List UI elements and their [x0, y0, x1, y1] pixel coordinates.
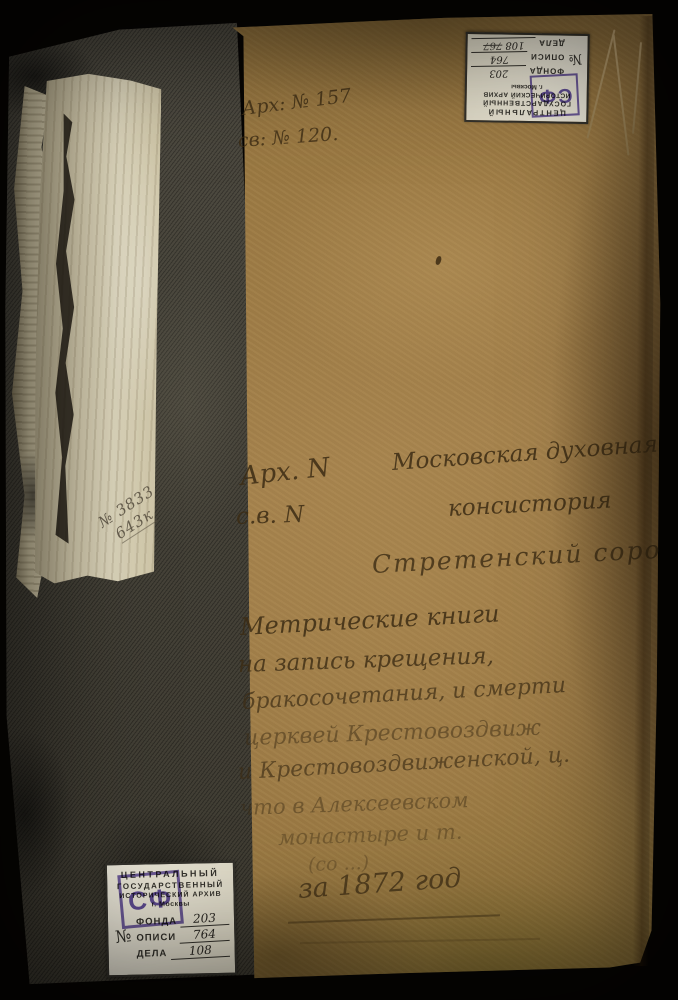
stamp-row-opis: ОПИСИ 764 [136, 928, 229, 944]
fond-value: 203 [180, 911, 230, 928]
archival-book-cover-photo: № 3833 643к СФ ЦЕНТРАЛЬНЫЙ ГОСУДАРСТВЕНН… [0, 0, 678, 1000]
delo-crossed-value: 767 [483, 40, 502, 51]
archive-stamp-top: СФ ЦЕНТРАЛЬНЫЙ ГОСУДАРСТВЕННЫЙ ИСТОРИЧЕС… [464, 32, 590, 124]
stamp-row-delo: ДЕЛА 108 [137, 944, 230, 960]
stamp-number-symbol: № [112, 926, 134, 948]
opis-value: 764 [179, 927, 230, 944]
opis-value: 764 [471, 51, 527, 64]
fond-value: 203 [471, 65, 526, 78]
archive-stamp-bottom: СФ ЦЕНТРАЛЬНЫЙ ГОСУДАРСТВЕННЫЙ ИСТОРИЧЕС… [105, 861, 237, 978]
sf-stamp-mark: СФ [530, 73, 580, 117]
stamp-number-symbol: № [567, 50, 584, 67]
stamp-row-delo: ДЕЛА 108767 [471, 37, 564, 51]
label-tear [51, 113, 79, 543]
delo-value: 108 [170, 943, 230, 960]
stamp-row-opis: ОПИСИ 764 [471, 51, 564, 65]
delo-value: 108767 [471, 37, 535, 50]
handwritten-sv-n: с.в. N [236, 502, 305, 530]
sf-stamp-mark: СФ [117, 870, 184, 929]
